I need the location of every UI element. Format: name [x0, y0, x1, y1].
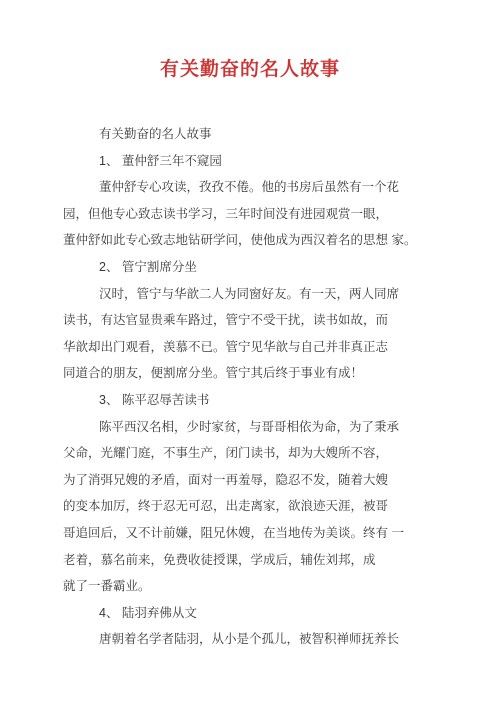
- text-line: 1、 董仲舒三年不窥园: [63, 148, 445, 175]
- document-title: 有关勤奋的名人故事: [0, 55, 500, 85]
- text-line: 汉时，管宁与华歆二人为同窗好友。有一天，两人同席: [63, 281, 445, 308]
- text-line: 就了一番霸业。: [63, 573, 445, 600]
- text-line: 陈平西汉名相，少时家贫，与哥哥相依为命，为了秉承: [63, 414, 445, 441]
- text-line: 哥追回后，又不计前嫌，阻兄休嫂，在当地传为美谈。终有 一: [63, 520, 445, 547]
- text-line: 园，但他专心致志读书学习，三年时间没有进园观赏一眼，: [63, 201, 445, 228]
- text-line: 的变本加厉，终于忍无可忍，出走离家，欲浪迹天涯，被哥: [63, 493, 445, 520]
- text-line: 老着，慕名前来，免费收徒授课，学成后，辅佐刘邦，成: [63, 547, 445, 574]
- text-line: 2、 管宁割席分坐: [63, 254, 445, 281]
- document-body: 有关勤奋的名人故事1、 董仲舒三年不窥园董仲舒专心攻读，孜孜不倦。他的书房后虽然…: [0, 121, 500, 653]
- text-line: 父命，光耀门庭，不事生产，闭门读书，却为大嫂所不容，: [63, 440, 445, 467]
- text-line: 同道合的朋友，便割席分坐。管宁其后终于事业有成！: [63, 360, 445, 387]
- document-page: 有关勤奋的名人故事 有关勤奋的名人故事1、 董仲舒三年不窥园董仲舒专心攻读，孜孜…: [0, 0, 500, 708]
- text-line: 4、 陆羽弃佛从文: [63, 600, 445, 627]
- text-line: 有关勤奋的名人故事: [63, 121, 445, 148]
- text-line: 董仲舒专心攻读，孜孜不倦。他的书房后虽然有一个花: [63, 174, 445, 201]
- text-line: 唐朝着名学者陆羽，从小是个孤儿，被智积禅师抚养长: [63, 626, 445, 653]
- text-line: 为了消弭兄嫂的矛盾，面对一再羞辱，隐忍不发，随着大嫂: [63, 467, 445, 494]
- text-line: 3、 陈平忍辱苦读书: [63, 387, 445, 414]
- text-line: 华歆却出门观看，羡慕不已。管宁见华歆与自己并非真正志: [63, 334, 445, 361]
- text-line: 董仲舒如此专心致志地钻研学问，使他成为西汉着名的思想 家。: [63, 227, 445, 254]
- text-line: 读书，有达官显贵乘车路过，管宁不受干扰，读书如故，而: [63, 307, 445, 334]
